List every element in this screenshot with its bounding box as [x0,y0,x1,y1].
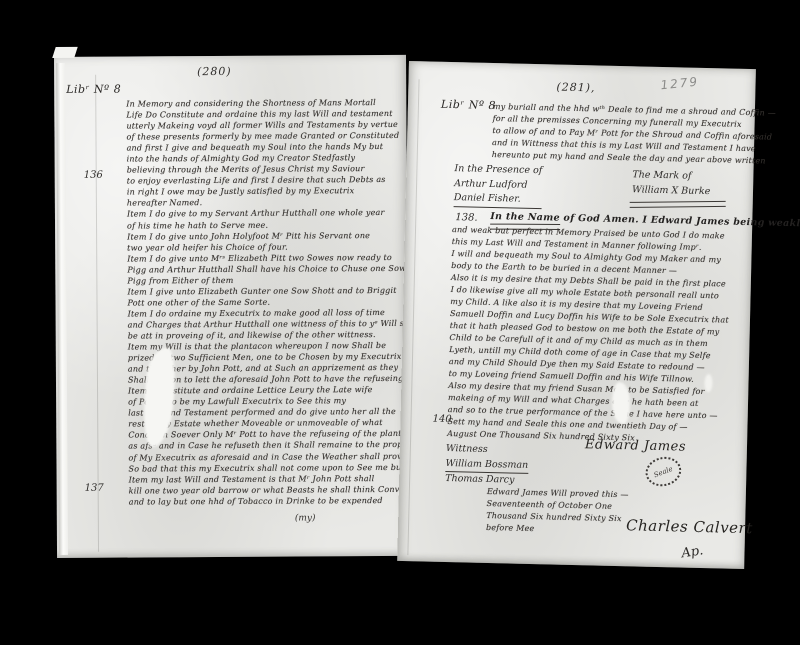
manuscript-line: and to lay but one hhd of Tobacco in Dri… [129,495,401,508]
scan-viewer-canvas: (280) Libʳ Nº 8 136 137 In Memory and co… [0,0,800,645]
manuscript-line: to enjoy everlasting Life and first I de… [127,174,399,187]
folio-number: (280) [197,65,232,78]
signature-paraph: Ap. [681,544,705,561]
catchword: (my) [295,513,316,523]
gutter-crease [407,79,419,555]
liber-heading: Libʳ Nº 8 [66,83,121,96]
mark-title: The Mark of [632,168,711,184]
margin-entry-number: 137 [85,483,104,494]
wax-seal-drawing: Seale [643,454,684,490]
manuscript-text-column: and weak but perfect in Memory Praised b… [447,224,744,447]
mark-column: The Mark of William X Burke [632,168,711,199]
manuscript-line: Item I give unto Elizabeth Gunter one So… [127,285,399,298]
margin-entry-number: 136 [84,170,103,181]
margin-entry-number: 138. [455,212,478,224]
testator-signature: Edward James [585,437,686,454]
manuscript-page-left: (280) Libʳ Nº 8 136 137 In Memory and co… [54,55,409,558]
manuscript-text-column: In Memory and considering the Shortness … [126,97,400,507]
pencil-page-annotation: 1279 [660,76,700,93]
page-corner-edge [52,47,78,58]
mark-signature: William X Burke [632,183,711,199]
presence-title: In the Presence of [454,162,542,179]
signature-flourish-underline [630,201,726,208]
manuscript-line: Item I do give unto John Holyfoot Mʳ Pit… [127,229,399,242]
witness-title: Wittness [446,442,529,458]
manuscript-page-right: (281), 1279 Libʳ Nº 8 my buriall and the… [397,61,756,569]
witness-column: Wittness William Bossman Thomas Darcy [445,442,529,488]
probate-signature: Charles Calvert [626,518,753,536]
manuscript-line: and first I give and bequeath my Soul in… [127,141,399,154]
attestation-witness-column: In the Presence of Arthur Ludford Daniel… [454,162,543,209]
witness-signature: Daniel Fisher. [454,191,542,209]
page-fore-edge [56,63,68,555]
folio-number: (281), [556,80,595,94]
manuscript-line: Pigg and Arthur Hutthall Shall have his … [127,263,399,276]
margin-rule-crease [95,75,99,552]
seal-label: Seale [653,464,674,478]
manuscript-line: Item I do give to my Servant Arthur Hutt… [127,207,399,220]
liber-heading: Libʳ Nº 8 [441,98,496,112]
manuscript-text-column: my buriall and the hhd wᵗʰ Deale to find… [492,101,748,167]
